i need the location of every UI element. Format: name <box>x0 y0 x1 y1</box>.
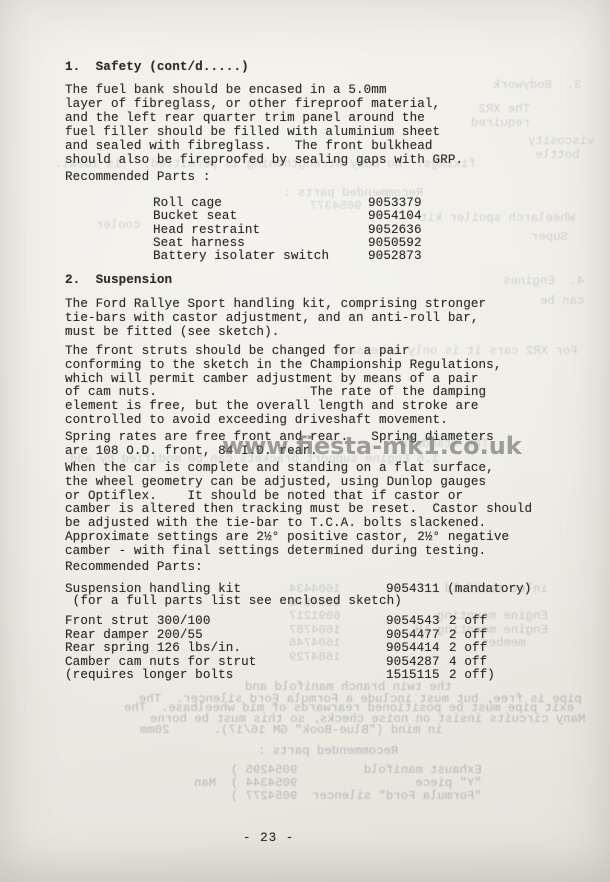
handling-kit-note: (for a full parts list see enclosed sket… <box>65 594 402 608</box>
section-2-heading: 2. Suspension <box>65 273 172 287</box>
part-quantity: 2 off <box>449 642 487 656</box>
suspension-parts-table: Front strut 300/10090545432 off Rear dam… <box>65 615 495 683</box>
suspension-paragraph-2: The front struts should be changed for a… <box>65 345 501 428</box>
part-name: Front strut 300/100 <box>65 615 386 629</box>
suspension-paragraph-1: The Ford Rallye Sport handling kit, comp… <box>65 297 486 339</box>
safety-parts-table: Roll cage9053379 Bucket seat9054104 Head… <box>153 197 422 263</box>
part-number: 9054104 <box>368 210 422 223</box>
part-number: 9052873 <box>368 250 422 263</box>
part-number: 9053379 <box>368 197 422 210</box>
part-number: 9054311 (mandatory) <box>386 582 532 596</box>
part-name: Seat harness <box>153 237 368 250</box>
table-row: Battery isolater switch9052873 <box>153 250 422 263</box>
part-quantity: 4 off <box>449 656 487 670</box>
table-row: Seat harness9050592 <box>153 237 422 250</box>
safety-recommended-parts-label: Recommended Parts : <box>65 170 211 184</box>
part-name: (requires longer bolts <box>65 669 386 683</box>
part-quantity: 2 off <box>449 615 487 629</box>
part-number: 9054414 <box>386 642 449 656</box>
safety-paragraph: The fuel bank should be encased in a 5.0… <box>65 83 463 167</box>
table-row: Rear spring 126 lbs/in.90544142 off <box>65 642 495 656</box>
suspension-recommended-parts-label: Recommended Parts: <box>65 560 203 574</box>
part-name: Rear spring 126 lbs/in. <box>65 642 386 656</box>
part-name: Head restraint <box>153 224 368 237</box>
part-name: Battery isolater switch <box>153 250 368 263</box>
suspension-paragraph-4: When the car is complete and standing on… <box>65 462 532 559</box>
table-row: Camber cam nuts for strut90542874 off <box>65 656 495 670</box>
page-number: - 23 - <box>243 831 294 845</box>
part-quantity: 2 off) <box>449 669 495 683</box>
part-quantity: 2 off <box>449 629 487 643</box>
table-row: Head restraint9052636 <box>153 224 422 237</box>
scanned-document-page: 3. Bodywork The XR2 required viscosity b… <box>0 0 610 882</box>
part-number: 9054543 <box>386 615 449 629</box>
watermark: www.fiesta-mk1.co.uk <box>222 432 522 460</box>
table-row: (requires longer bolts15151152 off) <box>65 669 495 683</box>
table-row: Bucket seat9054104 <box>153 210 422 223</box>
part-number: 9052636 <box>368 224 422 237</box>
table-row: Front strut 300/10090545432 off <box>65 615 495 629</box>
part-number: 9054287 <box>386 656 449 670</box>
part-number: 1515115 <box>386 669 449 683</box>
table-row: Roll cage9053379 <box>153 197 422 210</box>
part-name: Roll cage <box>153 197 368 210</box>
table-row: Rear damper 200/5590544772 off <box>65 629 495 643</box>
section-1-heading: 1. Safety (cont/d.....) <box>65 60 249 74</box>
part-name: Rear damper 200/55 <box>65 629 386 643</box>
part-number: 9050592 <box>368 237 422 250</box>
part-name: Camber cam nuts for strut <box>65 656 386 670</box>
part-number: 9054477 <box>386 629 449 643</box>
part-name: Bucket seat <box>153 210 368 223</box>
